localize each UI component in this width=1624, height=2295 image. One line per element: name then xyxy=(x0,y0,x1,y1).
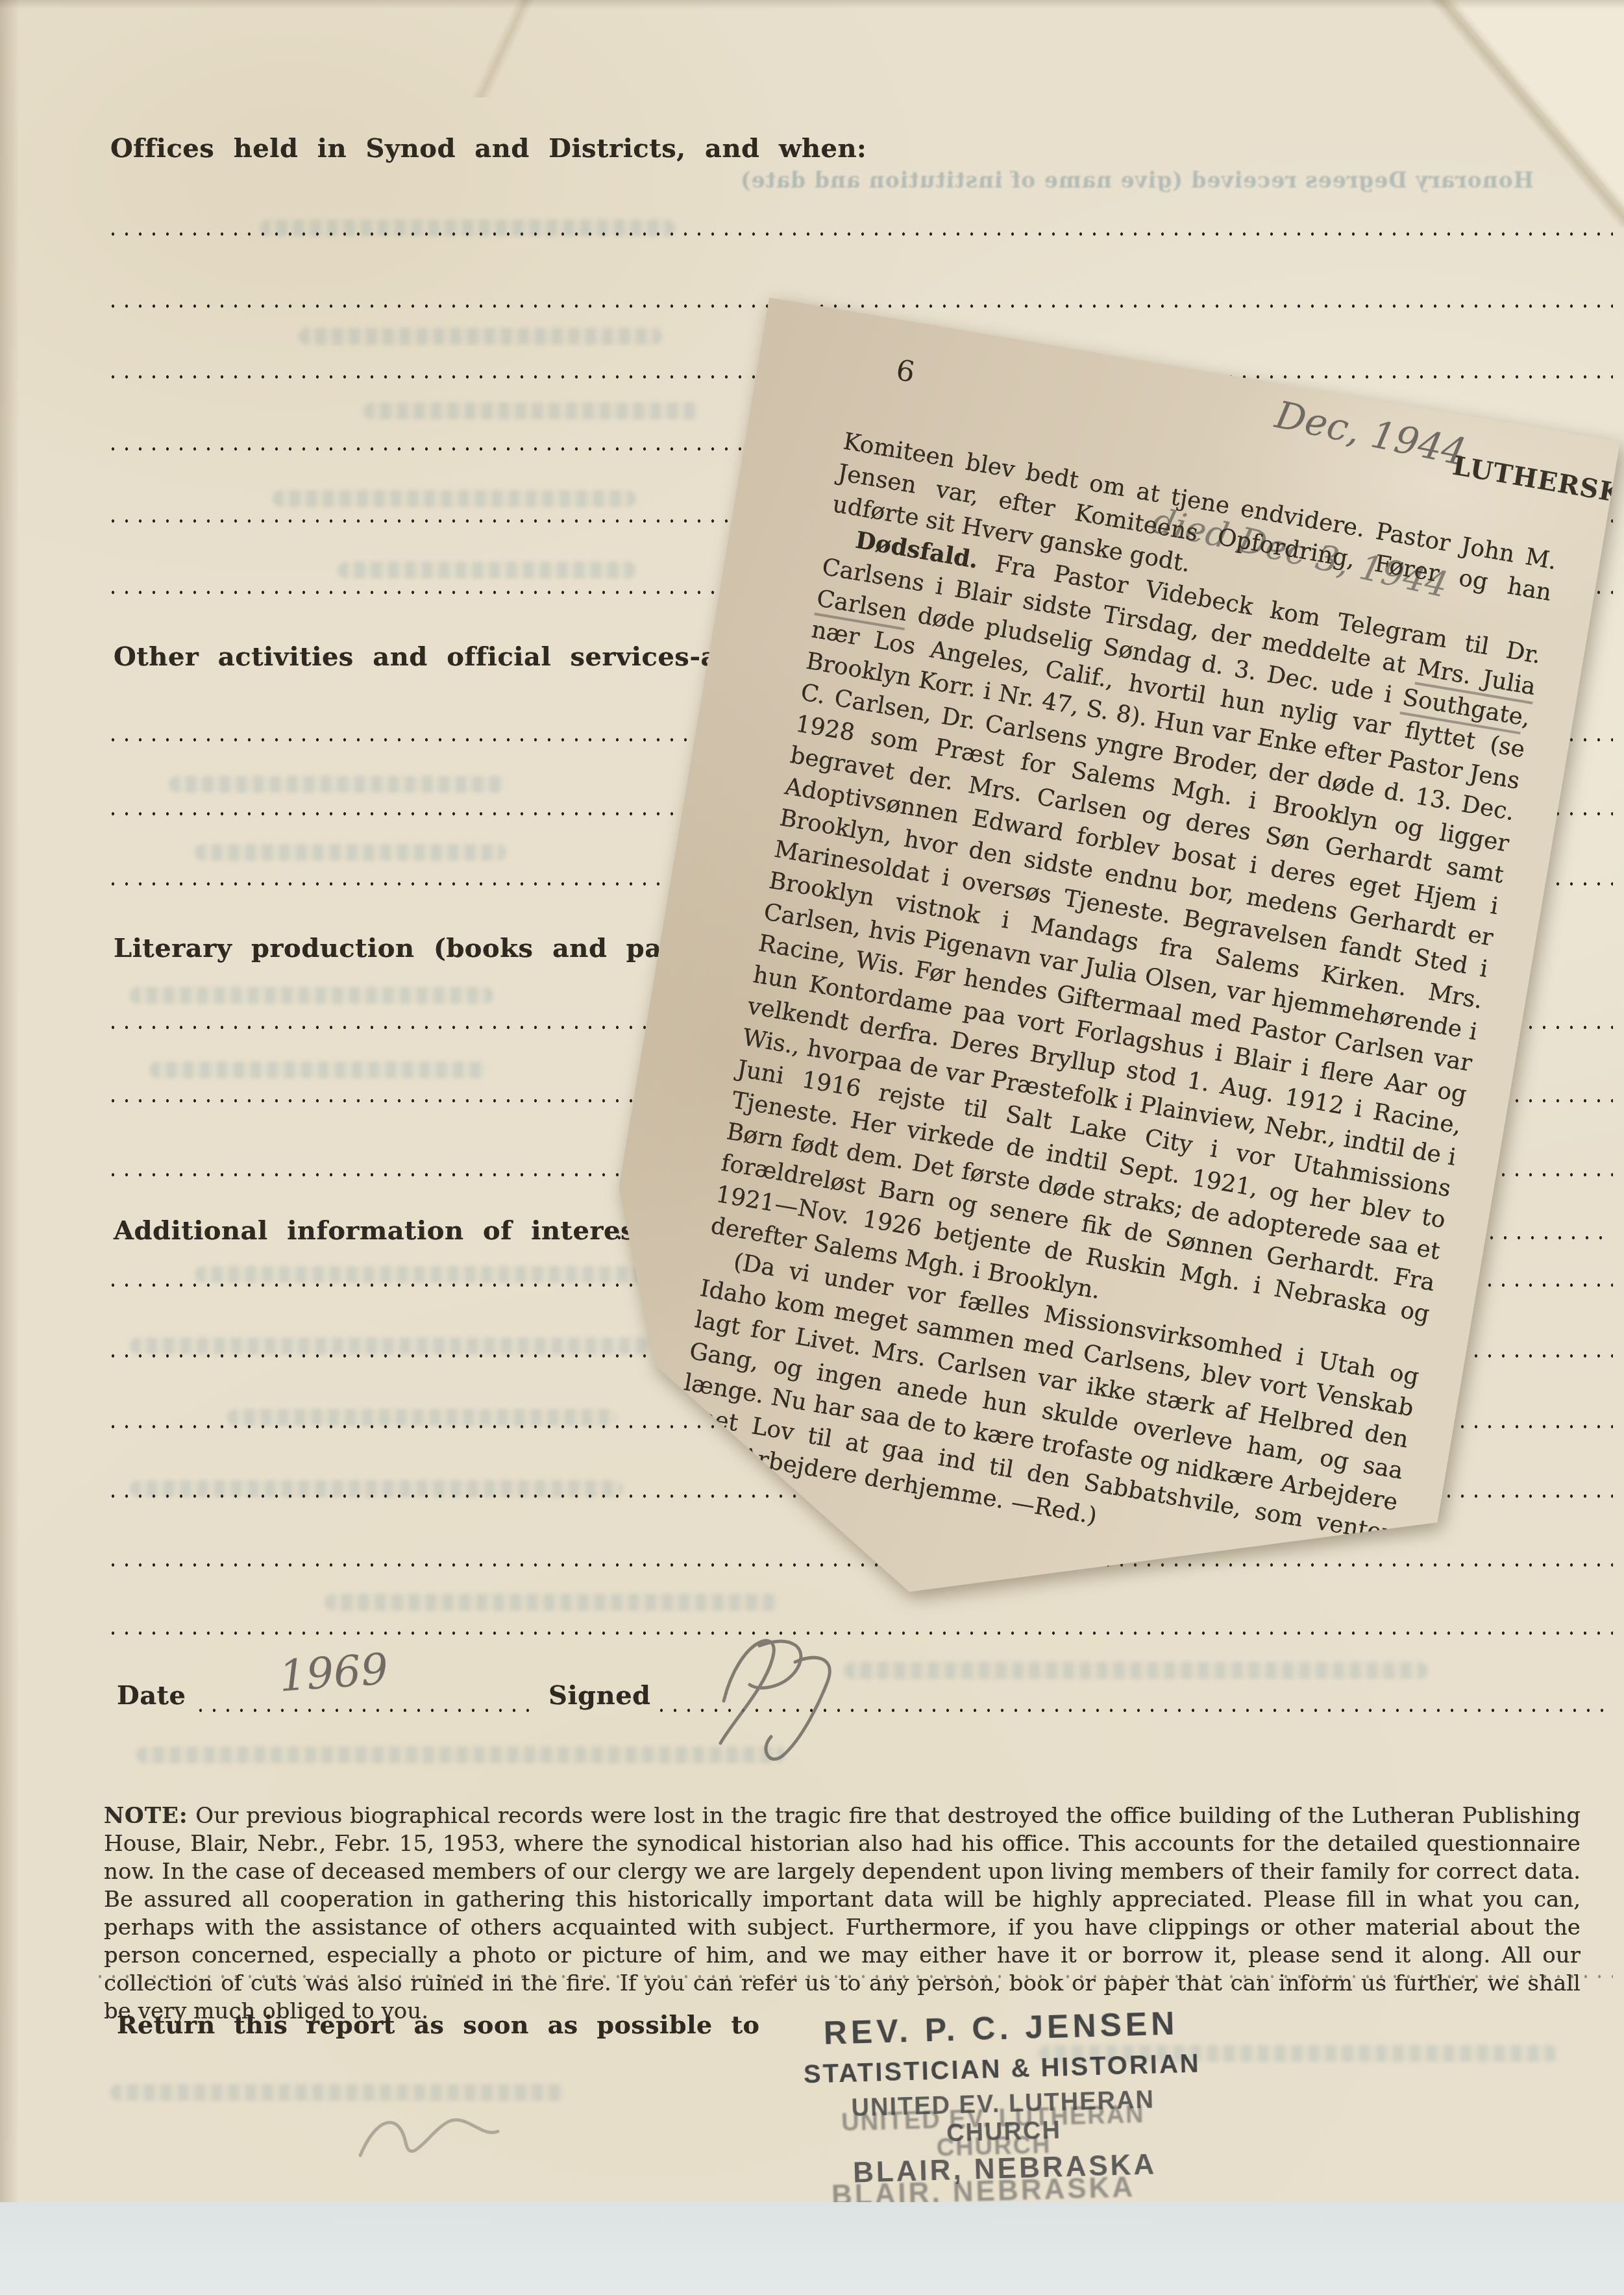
bleedthrough-smudge xyxy=(195,844,506,861)
scanner-background xyxy=(0,2202,1624,2295)
dotted-line xyxy=(110,811,1613,817)
date-label: Date xyxy=(117,1680,186,1711)
literary-section-label: Literary production (books and pamphlets… xyxy=(114,933,804,963)
bleedthrough-smudge xyxy=(844,1662,1428,1679)
additional-section-label: Additional information of interest: xyxy=(114,1215,658,1246)
signed-label: Signed xyxy=(548,1680,651,1711)
dotted-line xyxy=(110,231,1613,237)
dotted-line xyxy=(110,589,1613,595)
dotted-line xyxy=(617,1235,1613,1241)
rubber-stamp: REV. P. C. JENSEN STATISTICIAN & HISTORI… xyxy=(793,2003,1212,2191)
dotted-line xyxy=(110,1172,1613,1178)
note-lead: NOTE: xyxy=(104,1803,188,1829)
offices-section-label: Offices held in Synod and Districts, and… xyxy=(110,133,867,164)
bleedthrough-smudge xyxy=(149,1061,487,1078)
fold-crease-line xyxy=(1423,0,1624,227)
dotted-line xyxy=(110,1282,1613,1288)
dotted-line xyxy=(110,518,1613,524)
bleedthrough-smudge xyxy=(299,328,662,345)
bleedthrough-smudge xyxy=(130,1337,649,1354)
paper-crease xyxy=(448,0,558,97)
dotted-line xyxy=(110,446,1613,452)
scanned-document: Honorary Degrees received (give name of … xyxy=(0,0,1624,2295)
form-page: Honorary Degrees received (give name of … xyxy=(0,0,1624,2202)
dotted-line xyxy=(110,374,1613,380)
dotted-line xyxy=(110,737,1613,743)
bleedthrough-text: Honorary Degrees received (give name of … xyxy=(740,167,1534,193)
dotted-line xyxy=(110,303,1613,309)
handwritten-date: 1969 xyxy=(278,1644,390,1702)
bleedthrough-smudge xyxy=(130,987,493,1004)
stamp-church-line: UNITED EV. LUTHERAN CHURCH UNITED EV. LU… xyxy=(795,2085,1212,2152)
note-paragraph: NOTE: Our previous biographical records … xyxy=(104,1802,1581,2026)
dotted-line xyxy=(110,1424,1613,1430)
dotted-line xyxy=(110,1562,1613,1568)
bleedthrough-smudge xyxy=(273,490,636,507)
bleedthrough-smudge xyxy=(363,403,701,419)
dotted-line xyxy=(198,1707,529,1713)
other-activities-section-label: Other activities and official services-a… xyxy=(114,641,879,672)
bleedthrough-smudge xyxy=(325,1594,779,1611)
bleedthrough-smudge xyxy=(195,1266,649,1283)
stamp-title-line: STATISTICIAN & HISTORIAN xyxy=(794,2049,1210,2090)
bleedthrough-smudge xyxy=(110,2084,565,2101)
dotted-line xyxy=(110,1353,1613,1359)
bleedthrough-smudge xyxy=(338,562,636,578)
dotted-line xyxy=(110,881,1613,887)
dotted-line xyxy=(110,1493,1613,1499)
bleedthrough-smudge xyxy=(169,776,506,793)
dotted-divider xyxy=(97,1974,1613,1979)
handwritten-signature xyxy=(662,1623,876,1772)
pencil-scribble xyxy=(354,2100,503,2172)
return-instruction: Return this report as soon as possible t… xyxy=(117,2010,759,2039)
note-body: Our previous biographical records were l… xyxy=(104,1803,1581,2024)
dotted-line xyxy=(110,1098,1613,1104)
dotted-line xyxy=(110,1024,1613,1030)
